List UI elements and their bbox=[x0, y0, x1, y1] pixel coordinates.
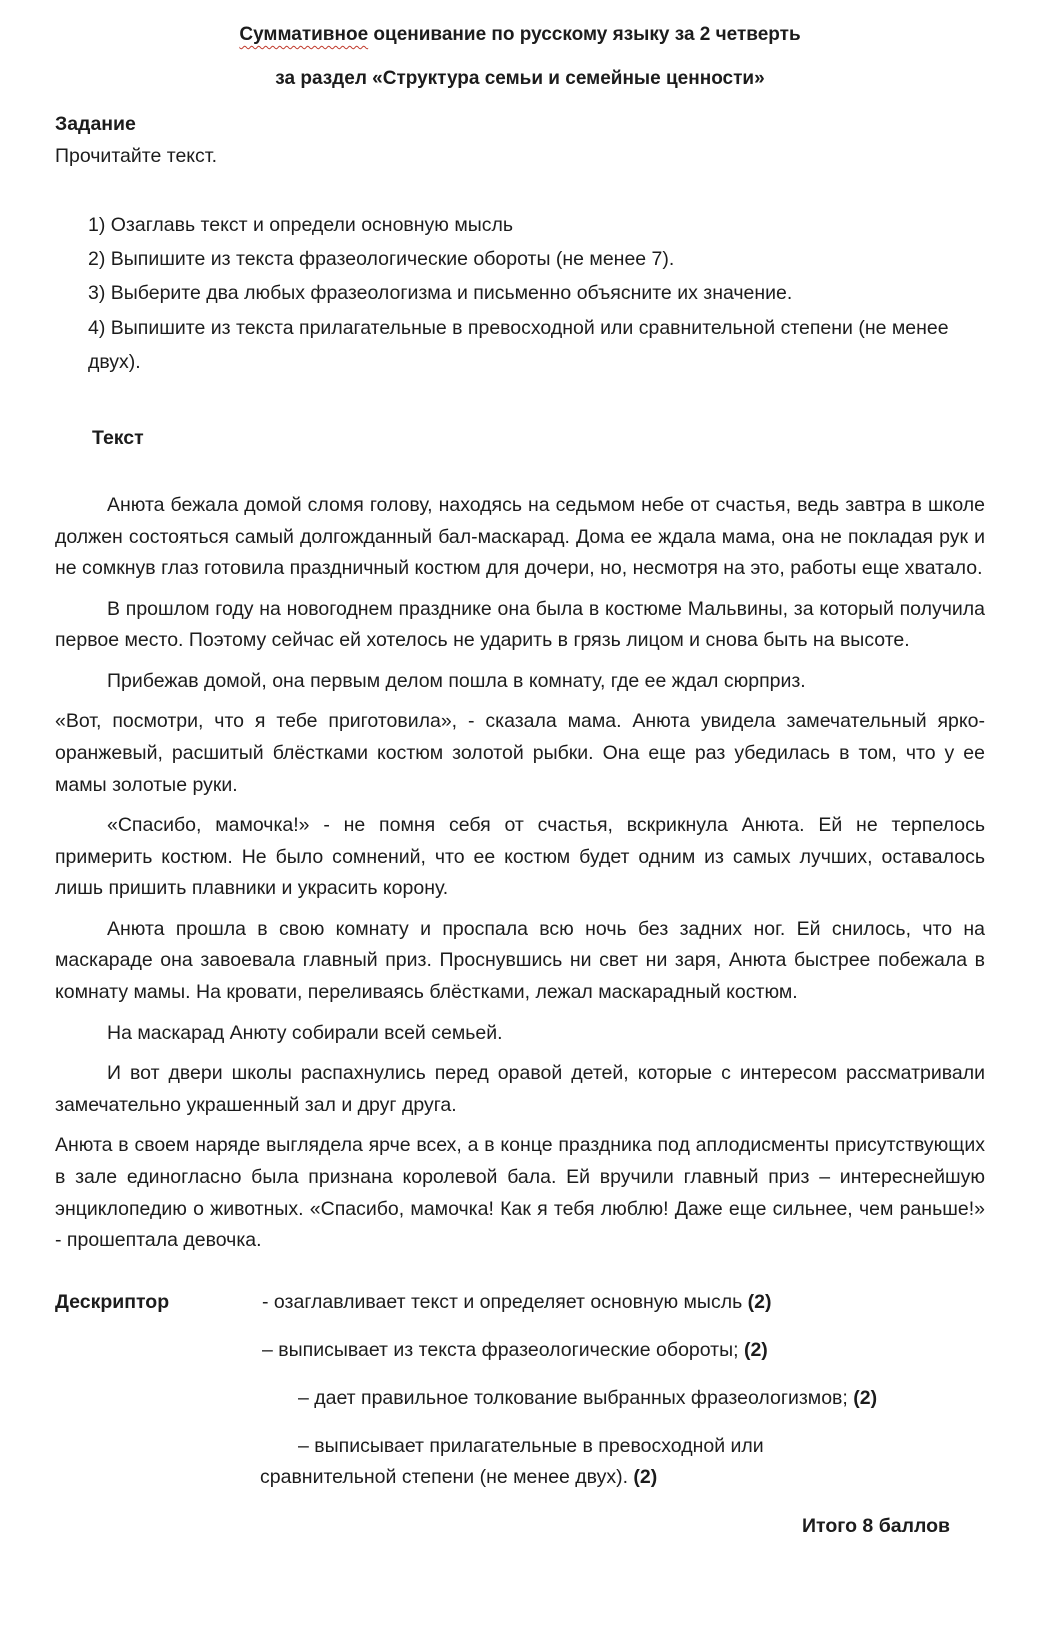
descriptor-heading: Дескриптор bbox=[55, 1287, 169, 1318]
descriptor-item-score: (2) bbox=[633, 1466, 657, 1488]
text-body: Анюта бежала домой сломя голову, находяс… bbox=[55, 490, 985, 1257]
descriptor-item-score: (2) bbox=[744, 1339, 768, 1361]
task-instruction: Прочитайте текст. bbox=[55, 141, 985, 172]
paragraph: И вот двери школы распахнулись перед ора… bbox=[55, 1058, 985, 1121]
task-list: 1) Озаглавь текст и определи основную мы… bbox=[55, 208, 985, 379]
paragraph: На маскарад Анюту собирали всей семьей. bbox=[55, 1018, 985, 1050]
paragraph: Анюта прошла в свою комнату и проспала в… bbox=[55, 914, 985, 1009]
title-misspelled-word: Суммативное bbox=[239, 24, 368, 45]
descriptor-item: – выписывает прилагательные в превосходн… bbox=[55, 1431, 985, 1493]
task-item-4: 4) Выпишите из текста прилагательные в п… bbox=[88, 311, 975, 379]
paragraph: «Спасибо, мамочка!» - не помня себя от с… bbox=[55, 810, 985, 905]
descriptor-item-text: – дает правильное толкование выбранных ф… bbox=[298, 1387, 853, 1409]
descriptor-item-text: - озаглавливает текст и определяет основ… bbox=[262, 1291, 748, 1313]
total-score: Итого 8 баллов bbox=[55, 1511, 985, 1542]
paragraph: Анюта в своем наряде выглядела ярче всех… bbox=[55, 1130, 985, 1256]
title-line-1: Суммативное оценивание по русскому языку… bbox=[55, 20, 985, 50]
descriptor-section: Дескриптор - озаглавливает текст и опред… bbox=[55, 1287, 985, 1494]
descriptor-item: – выписывает из текста фразеологические … bbox=[55, 1335, 985, 1366]
task-item-1: 1) Озаглавь текст и определи основную мы… bbox=[88, 208, 975, 242]
paragraph: «Вот, посмотри, что я тебе приготовила»,… bbox=[55, 706, 985, 801]
document-title: Суммативное оценивание по русскому языку… bbox=[55, 20, 985, 95]
paragraph: Прибежав домой, она первым делом пошла в… bbox=[55, 666, 985, 698]
paragraph: Анюта бежала домой сломя голову, находяс… bbox=[55, 490, 985, 585]
descriptor-item-text: – выписывает из текста фразеологические … bbox=[262, 1339, 744, 1361]
paragraph: В прошлом году на новогоднем празднике о… bbox=[55, 594, 985, 657]
task-item-2: 2) Выпишите из текста фразеологические о… bbox=[88, 242, 975, 276]
descriptor-item: - озаглавливает текст и определяет основ… bbox=[55, 1287, 985, 1318]
descriptor-item-score: (2) bbox=[853, 1387, 877, 1409]
descriptor-item-score: (2) bbox=[748, 1291, 772, 1313]
task-item-3: 3) Выберите два любых фразеологизма и пи… bbox=[88, 276, 975, 310]
title-line-1-rest: оценивание по русскому языку за 2 четвер… bbox=[368, 24, 800, 45]
title-line-2: за раздел «Структура семьи и семейные це… bbox=[55, 64, 985, 94]
descriptor-item: – дает правильное толкование выбранных ф… bbox=[55, 1383, 985, 1414]
descriptor-item-text: – выписывает прилагательные в превосходн… bbox=[260, 1435, 764, 1488]
document-page: Суммативное оценивание по русскому языку… bbox=[0, 0, 1042, 1641]
task-heading: Задание bbox=[55, 109, 985, 140]
text-section-heading: Текст bbox=[92, 423, 985, 454]
